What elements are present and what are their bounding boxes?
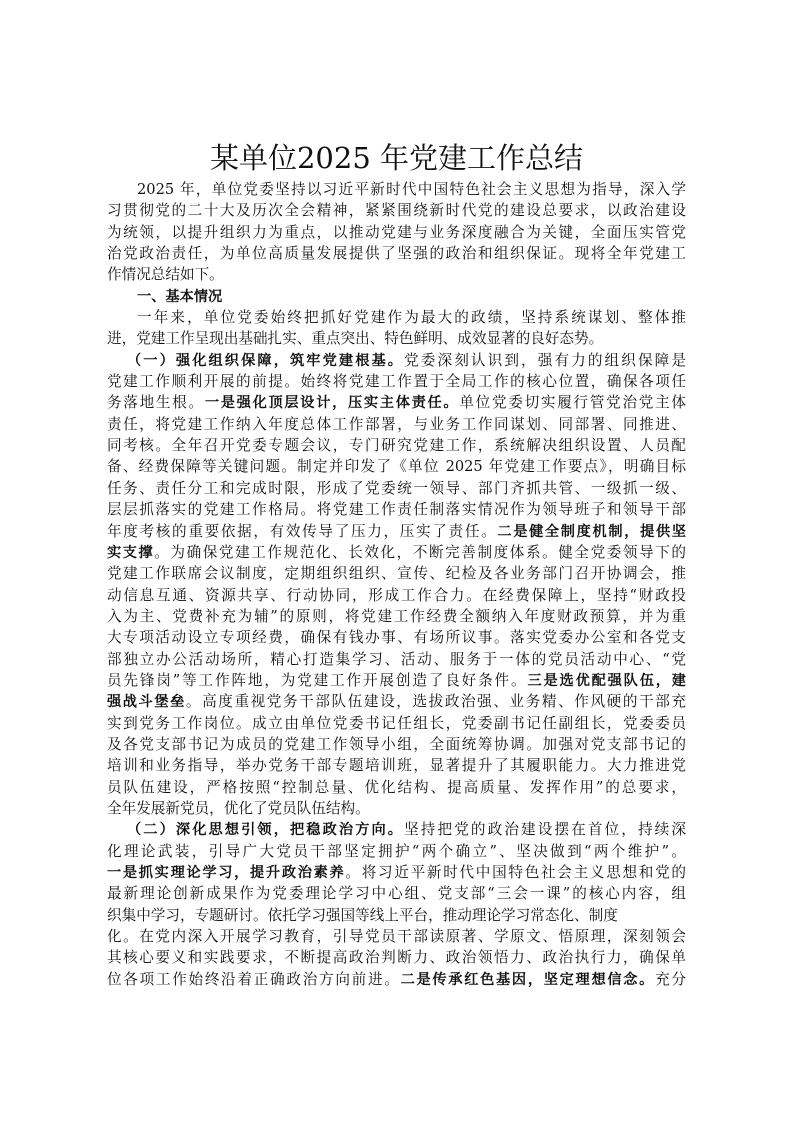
text-line: 责任，将党建工作纳入年度总体工作部署，与业务工作同谋划、同部署、同推进、 (107, 414, 686, 435)
text-line: 化理论武装，引导广大党员干部坚定拥护“两个确立”、坚决做到“两个维护”。 (107, 841, 686, 862)
text-run: 位各项工作始终沿着正确政治方向前进。 (107, 971, 401, 988)
text-run: 治党政治责任，为单位高质量发展提供了坚强的政治和组织保证。现将全年党建工 (107, 245, 686, 262)
text-line: 进，党建工作呈现出基础扎实、重点突出、特色鲜明、成效显著的良好态势。 (107, 328, 686, 349)
text-run: 动信息互通、资源共享、行动协同，形成工作合力。在经费保障上，坚持“财政投 (107, 587, 686, 604)
text-run: 最新理论创新成果作为党委理论学习中心组、党支部“三会一课”的核心内容，组 (107, 885, 686, 902)
text-run: 化。在党内深入开展学习教育，引导党员干部读原著、学原文、悟原理，深刻领会 (107, 928, 686, 945)
text-run: 作情况总结如下。 (107, 266, 224, 283)
bold-text: 三是选优配强队伍，建 (527, 673, 686, 689)
text-line: 任务、责任分工和完成时限，形成了党委统一领导、部门齐抓共管、一级抓一级、 (107, 478, 686, 499)
text-line: 动信息互通、资源共享、行动协同，形成工作合力。在经费保障上，坚持“财政投 (107, 585, 686, 606)
text-line: 党建工作联席会议制度，定期组织组织、宣传、纪检及各业务部门召开协调会，推 (107, 563, 686, 584)
text-run: 党建工作顺利开展的前提。始终将党建工作置于全局工作的核心位置，确保各项任 (107, 373, 686, 390)
text-line: 实到党务工作岗位。成立由单位党委书记任组长，党委副书记任副组长，党委委员 (107, 713, 686, 734)
text-run: 层层抓落实的党建工作格局。将党建工作责任制落实情况作为领导班子和领导干部 (107, 501, 686, 518)
text-run: 党建工作联席会议制度，定期组织组织、宣传、纪检及各业务部门召开协调会，推 (107, 565, 686, 582)
bold-text: 一是强化顶层设计，压实主体责任。 (205, 395, 459, 411)
text-run: 员先锋岗”等工作阵地，为党建工作开展创造了良好条件。 (107, 672, 527, 689)
text-run: 全年发展新党员，优化了党员队伍结构。 (107, 800, 370, 817)
text-run: 年度考核的重要依据，有效传导了压力，压实了责任。 (107, 523, 497, 540)
text-run: 进，党建工作呈现出基础扎实、重点突出、特色鲜明、成效显著的良好态势。 (107, 330, 603, 347)
text-line: 同考核。全年召开党委专题会议，专门研究党建工作，系统解决组织设置、人员配 (107, 435, 686, 456)
text-line: 实支撑。为确保党建工作规范化、长效化，不断完善制度体系。健全党委领导下的 (107, 542, 686, 563)
text-line: 入为主、党费补充为辅”的原则，将党建工作经费全额纳入年度财政预算，并为重 (107, 606, 686, 627)
text-run: 织集中学习，专题研讨。依托学习强国等线上平台，推动理论学习常态化、制度 (107, 907, 618, 924)
text-line: 大专项活动设立专项经费，确保有钱办事、有场所议事。落实党委办公室和各党支 (107, 627, 686, 648)
text-line: 位各项工作始终沿着正确政治方向前进。二是传承红色基因，坚定理想信念。充分 (107, 969, 686, 990)
text-line: 及各党支部书记为成员的党建工作领导小组，全面统筹协调。加强对党支部书记的 (107, 734, 686, 755)
text-line: 作情况总结如下。 (107, 264, 686, 285)
text-line: （二）深化思想引领，把稳政治方向。坚持把党的政治建设摆在首位，持续深 (107, 819, 686, 840)
text-line: 织集中学习，专题研讨。依托学习强国等线上平台，推动理论学习常态化、制度 (107, 905, 686, 926)
text-run: 为统领，以提升组织力为重点，以推动党建与业务深度融合为关键，全面压实管党 (107, 224, 686, 241)
document-title: 某单位2025 年党建工作总结 (0, 140, 793, 176)
text-line: 全年发展新党员，优化了党员队伍结构。 (107, 798, 686, 819)
text-run: 培训和业务指导，举办党务干部专题培训班，显著提升了其履职能力。大力推进党 (107, 757, 686, 774)
bold-text: （二）深化思想引领，把稳政治方向。 (127, 822, 404, 838)
text-line: 务落地生根。一是强化顶层设计，压实主体责任。单位党委切实履行管党治党主体 (107, 392, 686, 413)
text-run: 备、经费保障等关键问题。制定并印发了《单位 2025 年党建工作要点》，明确目标 (107, 458, 686, 475)
bold-text: 二是健全制度机制，提供坚 (497, 524, 686, 540)
text-run: 责任，将党建工作纳入年度总体工作部署，与业务工作同谋划、同部署、同推进、 (107, 416, 686, 433)
text-run: 化理论武装，引导广大党员干部坚定拥护“两个确立”、坚决做到“两个维护”。 (107, 843, 686, 860)
text-run: 及各党支部书记为成员的党建工作领导小组，全面统筹协调。加强对党支部书记的 (107, 736, 686, 753)
text-line: 治党政治责任，为单位高质量发展提供了坚强的政治和组织保证。现将全年党建工 (107, 243, 686, 264)
text-run: 2025 年，单位党委坚持以习近平新时代中国特色社会主义思想为指导，深入学 (137, 181, 686, 198)
text-line: 党建工作顺利开展的前提。始终将党建工作置于全局工作的核心位置，确保各项任 (107, 371, 686, 392)
text-run: 任务、责任分工和完成时限，形成了党委统一领导、部门齐抓共管、一级抓一级、 (107, 480, 686, 497)
text-line: 强战斗堡垒。高度重视党务干部队伍建设，选拔政治强、业务精、作风硬的干部充 (107, 691, 686, 712)
text-line: 为统领，以提升组织力为重点，以推动党建与业务深度融合为关键，全面压实管党 (107, 222, 686, 243)
bold-text: 一、基本情况 (137, 289, 222, 305)
text-run: 其核心要义和实践要求，不断提高政治判断力、政治领悟力、政治执行力，确保单 (107, 949, 686, 966)
text-line: 一、基本情况 (107, 286, 686, 307)
text-line: 化。在党内深入开展学习教育，引导党员干部读原著、学原文、悟原理，深刻领会 (107, 926, 686, 947)
text-line: （一）强化组织保障，筑牢党建根基。党委深刻认识到，强有力的组织保障是 (107, 350, 686, 371)
text-run: 坚持把党的政治建设摆在首位，持续深 (404, 821, 686, 838)
text-run: 大专项活动设立专项经费，确保有钱办事、有场所议事。落实党委办公室和各党支 (107, 629, 686, 646)
text-line: 一是抓实理论学习，提升政治素养。将习近平新时代中国特色社会主义思想和党的 (107, 862, 686, 883)
document-body: 2025 年，单位党委坚持以习近平新时代中国特色社会主义思想为指导，深入学习贯彻… (107, 179, 686, 990)
text-run: 实到党务工作岗位。成立由单位党委书记任组长，党委副书记任副组长，党委委员 (107, 715, 686, 732)
text-run: 习贯彻党的二十大及历次全会精神，紧紧围绕新时代党的建设总要求，以政治建设 (107, 202, 686, 219)
text-line: 部独立办公活动场所，精心打造集学习、活动、服务于一体的党员活动中心、“党 (107, 649, 686, 670)
text-line: 备、经费保障等关键问题。制定并印发了《单位 2025 年党建工作要点》，明确目标 (107, 456, 686, 477)
text-line: 层层抓落实的党建工作格局。将党建工作责任制落实情况作为领导班子和领导干部 (107, 499, 686, 520)
bold-text: 强战斗堡垒 (107, 694, 186, 710)
text-run: 员队伍建设，严格按照“控制总量、优化结构、提高质量、发挥作用”的总要求， (107, 779, 686, 796)
text-run: 入为主、党费补充为辅”的原则，将党建工作经费全额纳入年度财政预算，并为重 (107, 608, 686, 625)
bold-text: 二是传承红色基因，坚定理想信念。 (401, 972, 655, 988)
text-line: 一年来，单位党委始终把抓好党建作为最大的政绩，坚持系统谋划、整体推 (107, 307, 686, 328)
bold-text: （一）强化组织保障，筑牢党建根基。 (127, 353, 404, 369)
text-run: 同考核。全年召开党委专题会议，专门研究党建工作，系统解决组织设置、人员配 (107, 437, 686, 454)
text-line: 2025 年，单位党委坚持以习近平新时代中国特色社会主义思想为指导，深入学 (107, 179, 686, 200)
text-line: 习贯彻党的二十大及历次全会精神，紧紧围绕新时代党的建设总要求，以政治建设 (107, 200, 686, 221)
text-run: 部独立办公活动场所，精心打造集学习、活动、服务于一体的党员活动中心、“党 (107, 651, 686, 668)
text-run: 单位党委切实履行管党治党主体 (459, 394, 686, 411)
text-line: 最新理论创新成果作为党委理论学习中心组、党支部“三会一课”的核心内容，组 (107, 883, 686, 904)
text-run: 务落地生根。 (107, 394, 205, 411)
text-run: 党委深刻认识到，强有力的组织保障是 (404, 352, 686, 369)
text-run: 。将习近平新时代中国特色社会主义思想和党的 (345, 864, 686, 881)
text-line: 员先锋岗”等工作阵地，为党建工作开展创造了良好条件。三是选优配强队伍，建 (107, 670, 686, 691)
text-line: 培训和业务指导，举办党务干部专题培训班，显著提升了其履职能力。大力推进党 (107, 755, 686, 776)
text-line: 其核心要义和实践要求，不断提高政治判断力、政治领悟力、政治执行力，确保单 (107, 947, 686, 968)
document-page: 某单位2025 年党建工作总结 2025 年，单位党委坚持以习近平新时代中国特色… (0, 0, 793, 1121)
bold-text: 实支撑 (107, 545, 154, 561)
text-run: 。高度重视党务干部队伍建设，选拔政治强、业务精、作风硬的干部充 (186, 693, 686, 710)
text-run: 充分 (655, 971, 686, 988)
bold-text: 一是抓实理论学习，提升政治素养 (107, 865, 345, 881)
text-line: 员队伍建设，严格按照“控制总量、优化结构、提高质量、发挥作用”的总要求， (107, 777, 686, 798)
text-run: 。为确保党建工作规范化、长效化，不断完善制度体系。健全党委领导下的 (154, 544, 686, 561)
text-run: 一年来，单位党委始终把抓好党建作为最大的政绩，坚持系统谋划、整体推 (137, 309, 686, 326)
text-line: 年度考核的重要依据，有效传导了压力，压实了责任。二是健全制度机制，提供坚 (107, 521, 686, 542)
